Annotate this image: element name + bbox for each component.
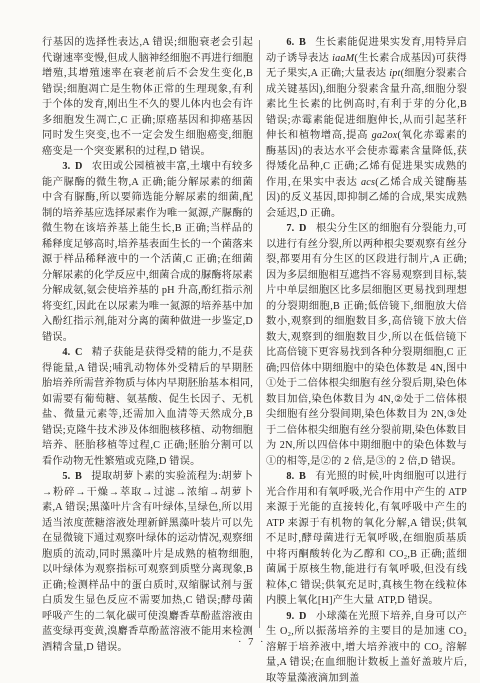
answer-number: 5. — [62, 471, 70, 482]
answer-number: 3. — [62, 161, 70, 172]
answer-letter: B — [299, 471, 306, 482]
answer-number: 7. — [286, 223, 294, 234]
answer-text: 农田或公园植被丰富,土壤中有较多能产脲酶的微生物,A 正确;能分解尿素的细菌中含… — [42, 161, 253, 343]
answer-text: 行基因的选择性表达,A 错误;细胞衰老会引起代谢速率变慢,但成人脑神经细胞不再进… — [42, 37, 253, 157]
answer-number: 9. — [286, 611, 294, 622]
answer-number: 8. — [286, 471, 294, 482]
gene-name: acs — [361, 177, 375, 188]
answer-item: 9.D小球藻在光照下培养,自身可以产生 O₂,所以振荡培养的主要目的是加速 CO… — [266, 609, 467, 683]
gene-name: iaaM — [332, 53, 354, 64]
answer-item: 4.C精子获能是获得受精的能力,不是获得能量,A 错误;哺乳动物体外受精后的早期… — [42, 345, 253, 469]
answer-item: 3.D农田或公园植被丰富,土壤中有较多能产脲酶的微生物,A 正确;能分解尿素的细… — [42, 159, 253, 345]
gene-name: ipt — [389, 68, 400, 79]
answer-text: 有光照的时候,叶肉细胞可以进行光合作用和有氧呼吸,光合作用中产生的 ATP 来源… — [266, 471, 467, 606]
answer-item: 8.B有光照的时候,叶肉细胞可以进行光合作用和有氧呼吸,光合作用中产生的 ATP… — [266, 469, 467, 609]
answer-letter: D — [75, 161, 83, 172]
scanned-answer-page: 行基因的选择性表达,A 错误;细胞衰老会引起代谢速率变慢,但成人脑神经细胞不再进… — [0, 0, 480, 683]
answer-item: 7.D根尖分生区的细胞有分裂能力,可以进行有丝分裂,所以两种根尖要观察有丝分裂,… — [266, 221, 467, 469]
answer-letter: C — [75, 347, 83, 358]
answer-text: 根尖分生区的细胞有分裂能力,可以进行有丝分裂,所以两种根尖要观察有丝分裂,都要用… — [266, 223, 467, 467]
answer-letter: D — [299, 611, 307, 622]
answer-letter: D — [299, 223, 307, 234]
left-column: 行基因的选择性表达,A 错误;细胞衰老会引起代谢速率变慢,但成人脑神经细胞不再进… — [42, 35, 253, 655]
gene-name: ga2ox — [372, 130, 398, 141]
continuation-paragraph: 行基因的选择性表达,A 错误;细胞衰老会引起代谢速率变慢,但成人脑神经细胞不再进… — [42, 35, 253, 159]
answer-text: 小球藻在光照下培养,自身可以产生 O₂,所以振荡培养的主要目的是加速 CO₂ 溶… — [266, 611, 467, 683]
answer-item: 5.B提取胡萝卜素的实验流程为:胡萝卜→粉碎→干燥→萃取→过滤→浓缩→胡萝卜素,… — [42, 469, 253, 655]
page-number: · 7 · — [238, 637, 266, 648]
column-divider-rule — [259, 40, 260, 628]
answer-number: 6. — [286, 37, 294, 48]
answer-number: 4. — [62, 347, 70, 358]
answer-letter: B — [299, 37, 306, 48]
right-column: 6.B生长素能促进果实发育,用特异启动子诱导表达 iaaM(生长素合成基因)可获… — [266, 35, 467, 683]
answer-text: 精子获能是获得受精的能力,不是获得能量,A 错误;哺乳动物体外受精后的早期胚胎培… — [42, 347, 253, 467]
answer-text: 提取胡萝卜素的实验流程为:胡萝卜→粉碎→干燥→萃取→过滤→浓缩→胡萝卜素,A 错… — [42, 471, 253, 653]
answer-letter: B — [75, 471, 82, 482]
answer-item: 6.B生长素能促进果实发育,用特异启动子诱导表达 iaaM(生长素合成基因)可获… — [266, 35, 467, 221]
